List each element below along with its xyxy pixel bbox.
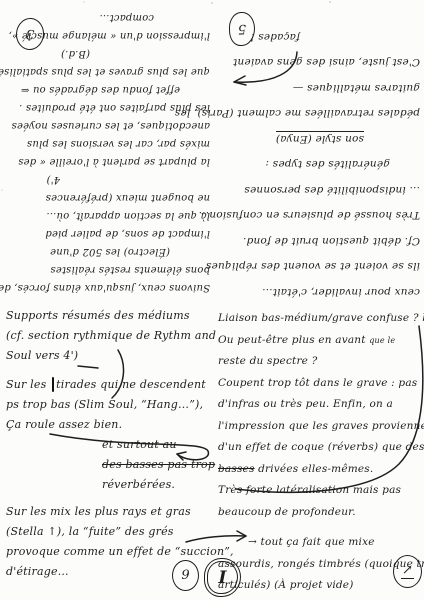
handwritten-line: l'impact de sons, de palier pied <box>4 224 210 242</box>
handwritten-line: Suivons ceux, jusqu'aux élans forcés, de <box>4 278 210 296</box>
handwritten-line: (B.d.) <box>4 44 90 62</box>
handwritten-text: façades ! <box>250 31 300 43</box>
handwritten-text: Très houssé de plusieurs en confusion… <box>198 210 420 222</box>
handwritten-text: (B.d.) <box>61 48 90 59</box>
page-number-text: 5 <box>238 21 247 36</box>
handwritten-line: Ça roule assez bien. <box>6 415 212 435</box>
handwritten-text: articulés) (À projet vide) <box>218 579 354 591</box>
handwritten-line: l'impression que les graves proviennent … <box>218 416 420 438</box>
scribbled-out-word <box>52 377 54 392</box>
handwritten-text: ils se voient et se vouent des répliques <box>206 261 420 273</box>
handwritten-line: Supports résumés des médiums <box>6 306 212 326</box>
handwritten-line: → tout ça fait que mixe <box>248 532 420 554</box>
handwritten-text: … indisponibilité des personnes <box>244 184 420 196</box>
handwritten-line: des basses pas trop <box>102 455 212 475</box>
handwritten-line: … indisponibilité des personnes <box>224 177 420 203</box>
handwritten-text: (cf. section rythmique de Rythm and <box>6 329 216 342</box>
handwritten-line: Soul vers 4') <box>6 346 212 366</box>
scanned-handwritten-notes-page: Suivons ceux, jusqu'aux élans forcés, de… <box>0 0 424 600</box>
handwritten-text: 4') <box>46 174 60 185</box>
handwritten-text: réverbérées. <box>102 478 175 491</box>
handwritten-text: d'étirage… <box>6 565 69 578</box>
handwritten-line: Ou peut-être plus en avant que le <box>218 330 420 352</box>
handwritten-text: Suivons ceux, jusqu'aux élans forcés, de <box>0 282 210 293</box>
handwritten-line: Sur les mix les plus rays et gras <box>6 502 212 522</box>
handwritten-text: tirades qui ne descendent <box>56 378 206 391</box>
handwritten-text: bons éléments restés réalistes <box>50 264 210 275</box>
handwritten-text: Très forte latéralisation mais pas <box>218 484 401 496</box>
handwritten-text: Sur les mix les plus rays et gras <box>6 505 191 518</box>
handwritten-text: et surtout au <box>102 438 177 451</box>
handwritten-text: anecdotiques, et les curieuses noyées <box>11 120 210 131</box>
handwritten-text: l'impression que les graves proviennent … <box>218 420 424 432</box>
notes-block-bottom-left: Supports résumés des médiums(cf. section… <box>6 306 212 598</box>
handwritten-line: et surtout au <box>102 435 212 455</box>
handwritten-text: reste du spectre ? <box>218 355 317 367</box>
handwritten-line: articulés) (À projet vide) <box>218 575 420 597</box>
page-number-text: 9 <box>181 568 189 583</box>
handwritten-line: Liaison bas-médium/grave confuse ? broui… <box>218 308 420 330</box>
handwritten-text: Liaison bas-médium/grave confuse ? broui… <box>218 312 424 324</box>
handwritten-text: Coupent trop tôt dans le grave : pas <box>218 377 417 389</box>
handwritten-line: Sur les tirades qui ne descendent <box>6 375 212 395</box>
handwritten-text: son style (Enya) <box>276 131 364 145</box>
circled-page-number-9: 9 <box>172 560 199 591</box>
handwritten-line: généralités des types : <box>224 151 390 177</box>
handwritten-text: ne bougent mieux (préférences <box>46 192 210 203</box>
handwritten-text: drivées elles-mêmes. <box>255 463 374 475</box>
handwritten-text: d'infras ou très peu. Enfin, on a <box>218 398 393 410</box>
handwritten-line: effet fondu des dégradés ou ⇐ <box>4 80 180 98</box>
up-right-arrow-icon: ↗ <box>401 564 414 579</box>
handwritten-text: que les plus graves et les plus spatiali… <box>0 66 210 77</box>
handwritten-line: Très houssé de plusieurs en confusion… <box>224 202 420 228</box>
handwritten-line: Très forte latéralisation mais pas <box>218 480 420 502</box>
handwritten-line: réverbérées. <box>102 475 212 495</box>
handwritten-line <box>6 366 212 375</box>
handwritten-text: Supports résumés des médiums <box>6 309 190 322</box>
handwritten-text: mixés par, car les versions les plus <box>27 138 210 149</box>
page-number-text: 3 <box>25 26 35 42</box>
handwritten-text: compact… <box>99 12 154 23</box>
handwritten-text: ps trop bas (Slim Soul, “Hang…”), <box>6 398 203 411</box>
handwritten-line: beaucoup de profondeur. <box>218 502 420 524</box>
handwritten-line: que les plus graves et les plus spatiali… <box>4 62 210 80</box>
handwritten-text: Ou peut-être plus en avant <box>218 334 369 346</box>
handwritten-line: Coupent trop tôt dans le grave : pas <box>218 373 420 395</box>
handwritten-text: → tout ça fait que mixe <box>248 536 375 548</box>
handwritten-text: provoque comme un effet de “succion”, <box>6 545 234 558</box>
handwritten-line: bons éléments restés réalistes <box>4 260 210 278</box>
handwritten-line: (Stella ↑), la “fuite” des grés <box>6 522 212 542</box>
handwritten-text: généralités des types : <box>265 159 390 171</box>
handwritten-text: Ça roule assez bien. <box>6 418 122 431</box>
handwritten-line: d'infras ou très peu. Enfin, on a <box>218 394 420 416</box>
handwritten-text: ceux pour invalider, c'était… <box>262 286 420 298</box>
handwritten-line: ne bougent mieux (préférences <box>4 188 210 206</box>
handwritten-text: beaucoup de profondeur. <box>218 506 356 518</box>
handwritten-line: reste du spectre ? <box>218 351 420 373</box>
handwritten-line: 4') <box>4 170 60 188</box>
handwritten-line: (cf. section rythmique de Rythm and <box>6 326 212 346</box>
page-number-text: I <box>219 568 227 588</box>
handwritten-line: C'est juste, ainsi des gens avaient <box>224 49 420 75</box>
handwritten-text: Cf. débit question bruit de fond. <box>243 235 420 247</box>
handwritten-line: ils se voient et se vouent des répliques <box>224 253 420 279</box>
handwritten-line: assourdis, rongés timbrés (quoique très <box>218 554 420 576</box>
handwritten-line: ceux pour invalider, c'était… <box>224 279 420 305</box>
handwritten-text: d'un effet de coque (réverbs) que des <box>218 441 424 453</box>
handwritten-text: (Stella ↑), la “fuite” des grés <box>6 525 174 538</box>
handwritten-line: Cf. débit question bruit de fond. <box>224 228 420 254</box>
handwritten-text: pédales retravaillées me calment (Paris)… <box>175 108 420 120</box>
circled-arrow-mark: ↗ <box>393 555 422 588</box>
handwritten-line: basses drivées elles-mêmes. <box>218 459 420 481</box>
notes-block-bottom-right: Liaison bas-médium/grave confuse ? broui… <box>218 308 420 598</box>
handwritten-text: des basses pas trop <box>102 458 215 471</box>
handwritten-line <box>218 523 420 532</box>
handwritten-line: son style (Enya) <box>224 126 364 152</box>
handwritten-line: là que la section apparaît, où… <box>4 206 210 224</box>
handwritten-line: ps trop bas (Slim Soul, “Hang…”), <box>6 395 212 415</box>
handwritten-text: là que la section apparaît, où… <box>46 210 210 221</box>
handwritten-text: la plupart se parlent à l'oreille « des <box>18 156 210 167</box>
handwritten-text: basses <box>218 463 255 475</box>
notes-block-top-right-rotated: ceux pour invalider, c'était…ils se voie… <box>224 22 420 304</box>
handwritten-line: (Électro) les 502 d'une <box>4 242 170 260</box>
handwritten-line: pédales retravaillées me calment (Paris)… <box>224 100 420 126</box>
handwritten-line: mixés par, car les versions les plus <box>4 134 210 152</box>
handwritten-line: guitares métalliques — <box>224 75 420 101</box>
handwritten-line <box>6 495 212 502</box>
handwritten-text: Soul vers 4') <box>6 349 78 362</box>
handwritten-text: que le <box>369 336 395 345</box>
handwritten-text: C'est juste, ainsi des gens avaient <box>233 57 420 69</box>
handwritten-text: effet fondu des dégradés ou ⇐ <box>21 84 180 95</box>
handwritten-text: l'impact de sons, de palier pied <box>45 228 210 239</box>
handwritten-line: provoque comme un effet de “succion”, <box>6 542 212 562</box>
handwritten-text: (Électro) les 502 d'une <box>50 246 170 257</box>
handwritten-line: d'un effet de coque (réverbs) que des <box>218 437 420 459</box>
handwritten-line: la plupart se parlent à l'oreille « des <box>4 152 210 170</box>
handwritten-text: Sur les <box>6 378 50 391</box>
handwritten-text: guitares métalliques — <box>293 82 420 94</box>
